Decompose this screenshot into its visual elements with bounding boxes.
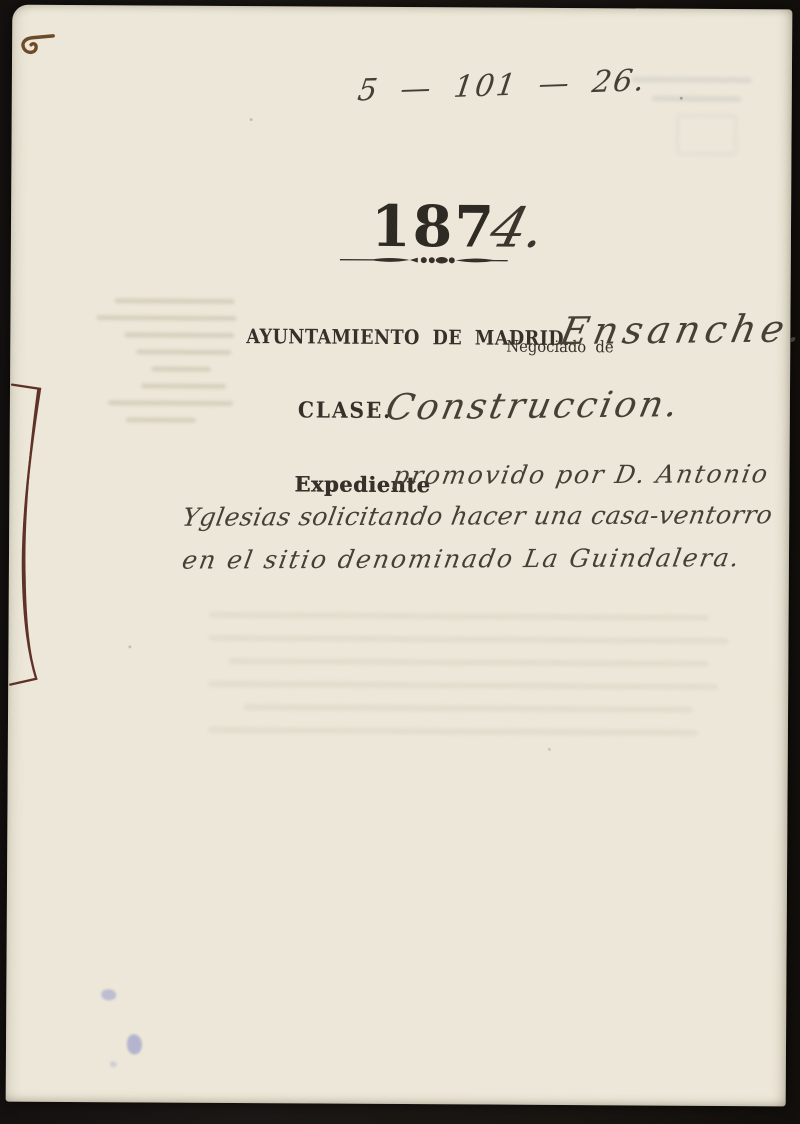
clase-label: CLASE. (298, 397, 392, 424)
ghost-line (136, 349, 231, 355)
ghost-line (108, 400, 233, 406)
ghost-line (208, 727, 698, 736)
year-heading: 1874. (371, 193, 545, 261)
ornamental-divider (340, 252, 508, 269)
document-page: 5 — 101 — 26. 1874. AY (6, 5, 793, 1107)
ghost-line (151, 366, 211, 371)
bleed-through-middle (208, 612, 734, 753)
expediente-handwritten-line-1: promovido por D. Antonio (391, 459, 772, 490)
binding-cord-inner (24, 390, 38, 679)
ghost-line (228, 658, 708, 667)
blue-ink-smudge (127, 1034, 142, 1054)
fastener-hook-mark (16, 25, 58, 63)
blue-ink-smudge (110, 1061, 117, 1067)
archive-reference-number: 5 — 101 — 26. (356, 62, 681, 109)
ghost-line (126, 417, 196, 422)
ghost-line (141, 383, 226, 389)
negociado-handwritten-value: Ensanche. (557, 306, 800, 353)
dust-speck (680, 97, 683, 100)
dust-speck (250, 118, 253, 121)
ghost-line (243, 704, 693, 713)
binding-cord-mark (8, 377, 44, 697)
year-printed-digits: 187 (371, 193, 496, 261)
ghost-line (209, 612, 709, 621)
fastener-hook-path (23, 36, 53, 53)
dust-speck (128, 645, 131, 648)
ghost-line (124, 332, 234, 338)
ghost-line (96, 315, 236, 321)
blue-ink-smudge (101, 989, 116, 1000)
expediente-handwritten-line-3: en el sitio denominado La Guindalera. (180, 543, 743, 574)
dust-speck (548, 748, 551, 751)
ghost-stamp-outline (676, 115, 736, 155)
bleed-through-left-column (96, 298, 247, 435)
clase-handwritten-value: Construccion. (382, 384, 684, 428)
expediente-handwritten-line-2: Yglesias solicitando hacer una casa-vent… (180, 500, 775, 532)
ghost-line (208, 635, 728, 644)
ghost-line (115, 298, 235, 304)
divider-ornament (340, 256, 508, 263)
ghost-line (208, 681, 718, 690)
scanner-background: { "page": { "background_color": "#17140f… (0, 0, 800, 1124)
